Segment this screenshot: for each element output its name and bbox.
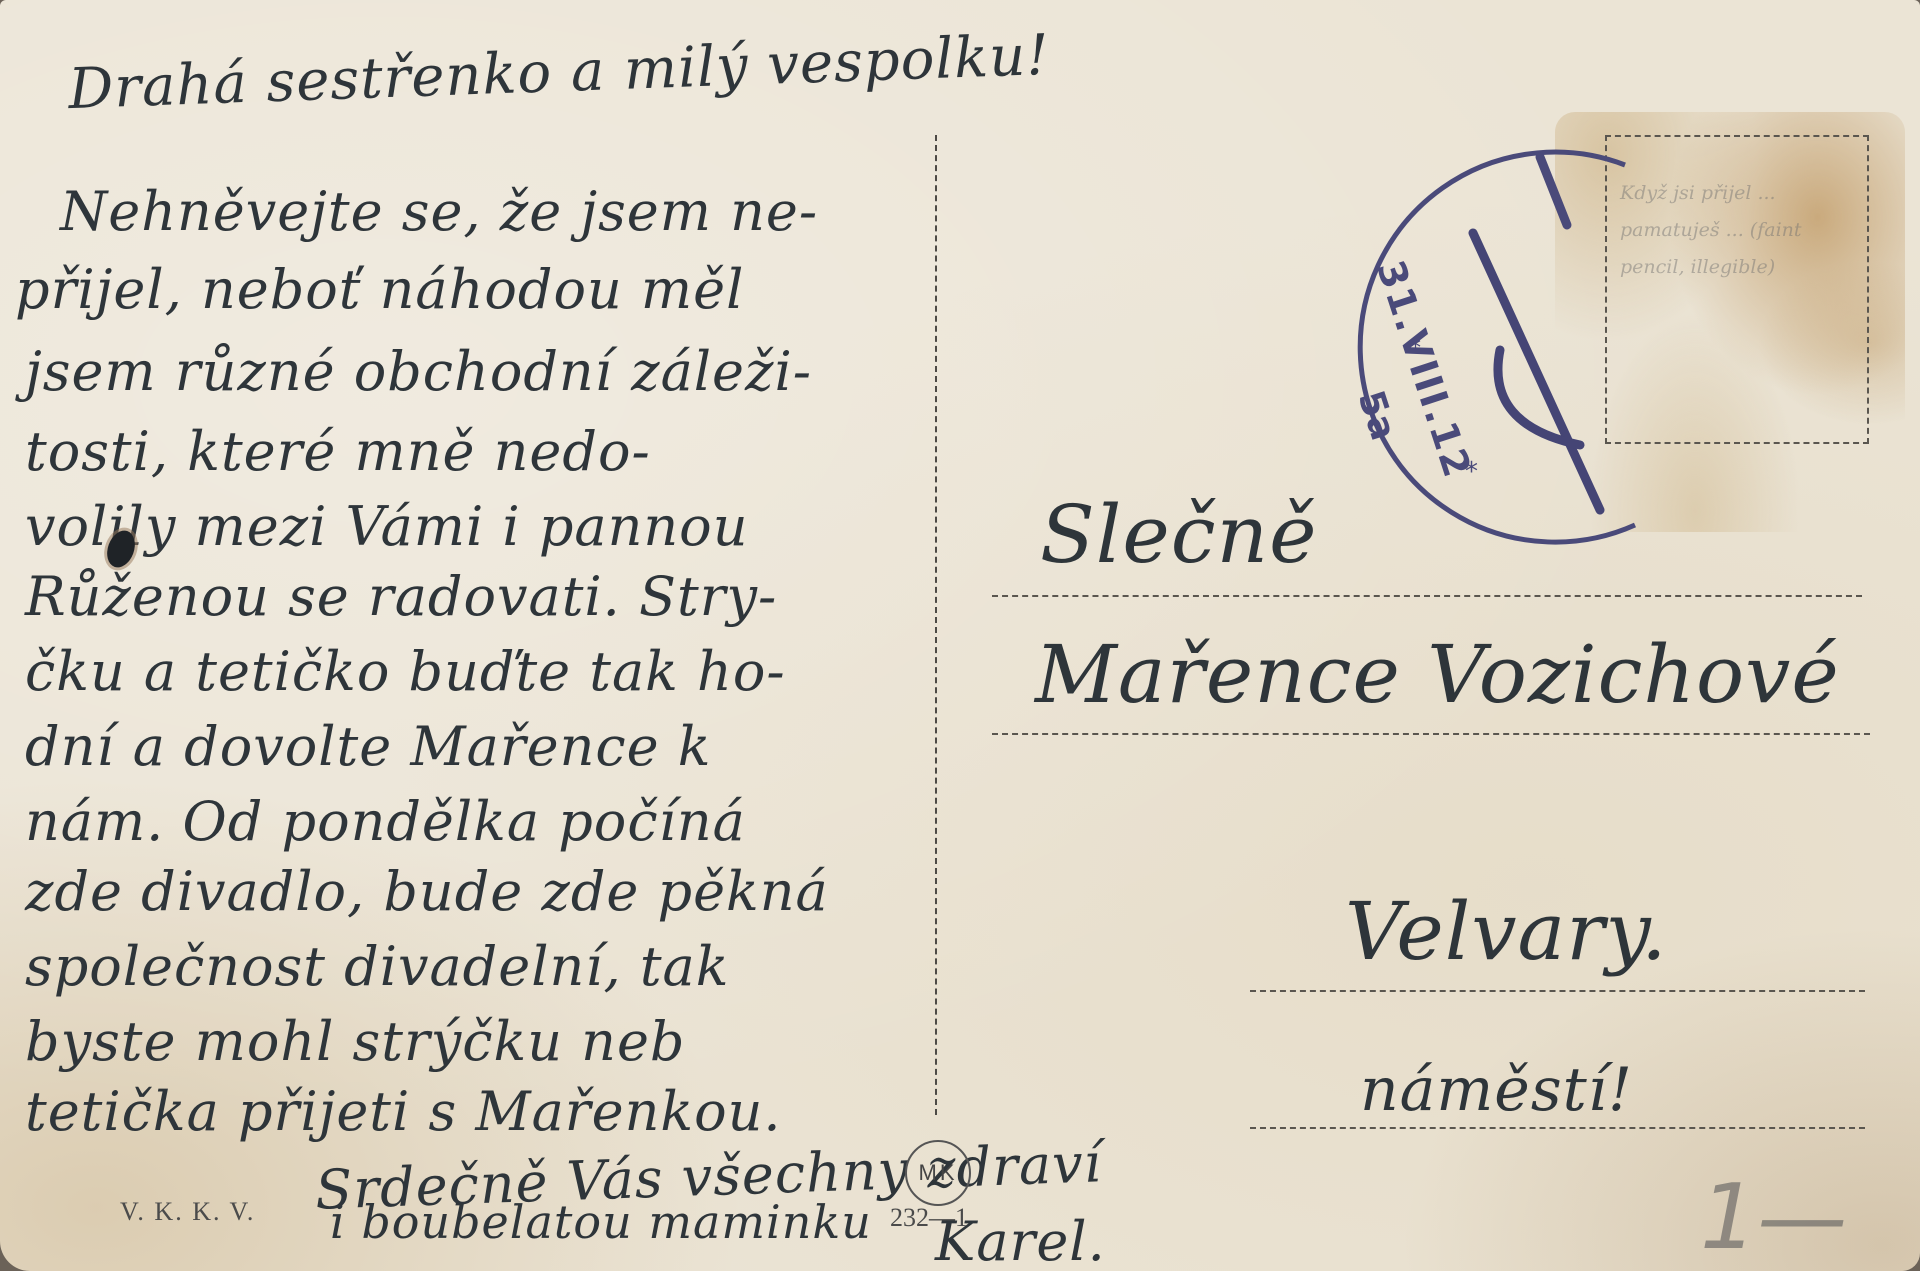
message-line: nám. Od pondělka počíná — [25, 790, 746, 853]
message-line: dní a dovolte Mařence k — [25, 715, 711, 778]
publisher-mark: V. K. K. V. — [120, 1197, 255, 1227]
address-salutation: Slečně — [1040, 488, 1317, 581]
message-line: zde divadlo, bude zde pěkná — [25, 860, 829, 923]
message-line: tosti, které mně nedo- — [25, 420, 651, 483]
message-line: Růženou se radovati. Stry- — [25, 565, 777, 628]
message-line: přijel, neboť náhodou měl — [15, 258, 744, 321]
message-line: Nehněvejte se, že jsem ne- — [60, 180, 818, 243]
serial-number: 232—1 — [890, 1203, 968, 1233]
address-town: Velvary. — [1345, 885, 1668, 978]
message-line: společnost divadelní, tak — [25, 935, 729, 998]
postcard-back: Drahá sestřenko a milý vespolku! Nehněve… — [0, 0, 1920, 1271]
address-street: náměstí! — [1360, 1055, 1633, 1125]
pencil-price-mark: 1— — [1700, 1165, 1847, 1270]
closing-line: i boubelatou maminku — [330, 1195, 872, 1249]
message-line: byste mohl strýčku neb — [25, 1010, 685, 1073]
message-line: tetička přijeti s Mařenkou. — [25, 1080, 782, 1143]
address-recipient: Mařence Vozichové — [1035, 628, 1840, 721]
address-line-2 — [992, 733, 1870, 735]
message-line: čku a tetičko buďte tak ho- — [25, 640, 786, 703]
publisher-logo-icon: MK — [905, 1140, 971, 1206]
address-line-1 — [992, 595, 1862, 597]
message-line: jsem různé obchodní záleži- — [25, 340, 812, 403]
greeting-text: Drahá sestřenko a milý vespolku! — [67, 23, 1051, 122]
vertical-divider — [935, 135, 937, 1115]
address-line-3 — [1250, 990, 1865, 992]
address-line-4 — [1250, 1127, 1865, 1129]
